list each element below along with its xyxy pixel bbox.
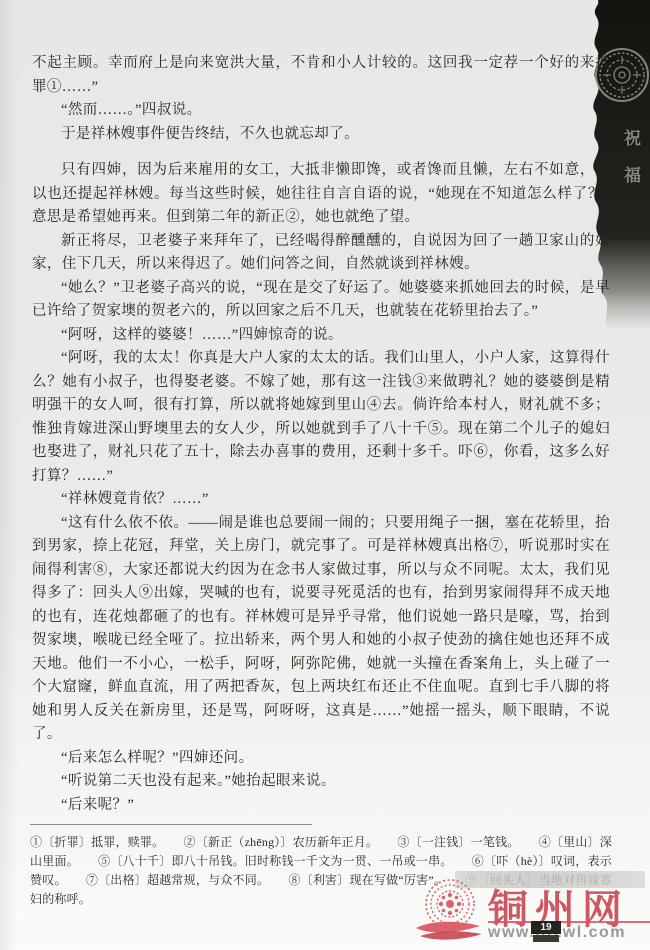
- paragraph: “她么？”卫老婆子高兴的说，“现在是交了好运了。她婆婆来抓她回去的时候，是早已许…: [32, 277, 610, 324]
- badge-strip: [533, 935, 559, 942]
- footnote-item: ③〔一注钱〕一笔钱。: [397, 835, 519, 849]
- paragraph: “后来怎么样呢？”四婶还问。: [32, 747, 610, 771]
- paragraph: “这有什么依不依。——闹是谁也总要闹一闹的；只要用绳子一捆，塞在花轿里，抬到男家…: [32, 512, 610, 747]
- watermark-logo-icon: [412, 876, 484, 946]
- footnote-item: ①〔折罪〕抵罪，赎罪。: [30, 835, 164, 849]
- page-number-badge: 19: [531, 921, 561, 943]
- paragraph: “后来呢？”: [32, 794, 610, 815]
- paragraph: “然而……。”四叔说。: [32, 99, 610, 123]
- footnote-item: ⑦〔出格〕超越常规，与众不同。: [86, 873, 269, 887]
- paragraph: 于是祥林嫂事件便告终结，不久也就忘却了。: [32, 123, 610, 147]
- page-number: 19: [531, 921, 561, 934]
- footnote-item: ⑤〔八十千〕即八十吊钱。旧时称钱一千文为一贯、一吊或一串。: [98, 854, 453, 868]
- paragraph: 只有四婶，因为后来雇用的女工，大抵非懒即馋，或者馋而且懒，左右不如意，所以也还提…: [32, 159, 610, 230]
- footnote-item: ②〔新正（zhēng）〕农历新年正月。: [184, 835, 379, 849]
- left-edge-shadow: [0, 0, 18, 950]
- footnote-separator: [30, 824, 312, 825]
- paragraph: 新正将尽，卫老婆子来拜年了，已经喝得醉醺醺的，自说因为回了一趟卫家山的娘家，住下…: [32, 230, 610, 277]
- vertical-story-title: 祝 福: [624, 130, 641, 184]
- paragraph: 不起主顾。幸而府上是向来宽洪大量，不肯和小人计较的。这回我一定荐一个好的来折罪①…: [32, 52, 610, 99]
- scanned-textbook-page: 祝 福 不起主顾。幸而府上是向来宽洪大量，不肯和小人计较的。这回我一定荐一个好的…: [0, 0, 650, 950]
- paragraph: “听说第二天也没有起来。”她抬起眼来说。: [32, 770, 610, 794]
- title-char-1: 祝: [624, 130, 641, 147]
- story-text-body: 不起主顾。幸而府上是向来宽洪大量，不肯和小人计较的。这回我一定荐一个好的来折罪①…: [32, 52, 610, 814]
- watermark-site-url: www.bfzwl.com: [488, 924, 650, 942]
- watermark-rule: [488, 921, 650, 923]
- title-char-2: 福: [624, 167, 641, 184]
- paragraph: “祥林嫂竟肯依？……”: [32, 488, 610, 512]
- paragraph: “阿呀，我的太太！你真是大户人家的太太的话。我们山里人，小户人家，这算得什么？她…: [32, 347, 610, 488]
- paragraph: “阿呀，这样的婆婆！……”四婶惊奇的说。: [32, 324, 610, 348]
